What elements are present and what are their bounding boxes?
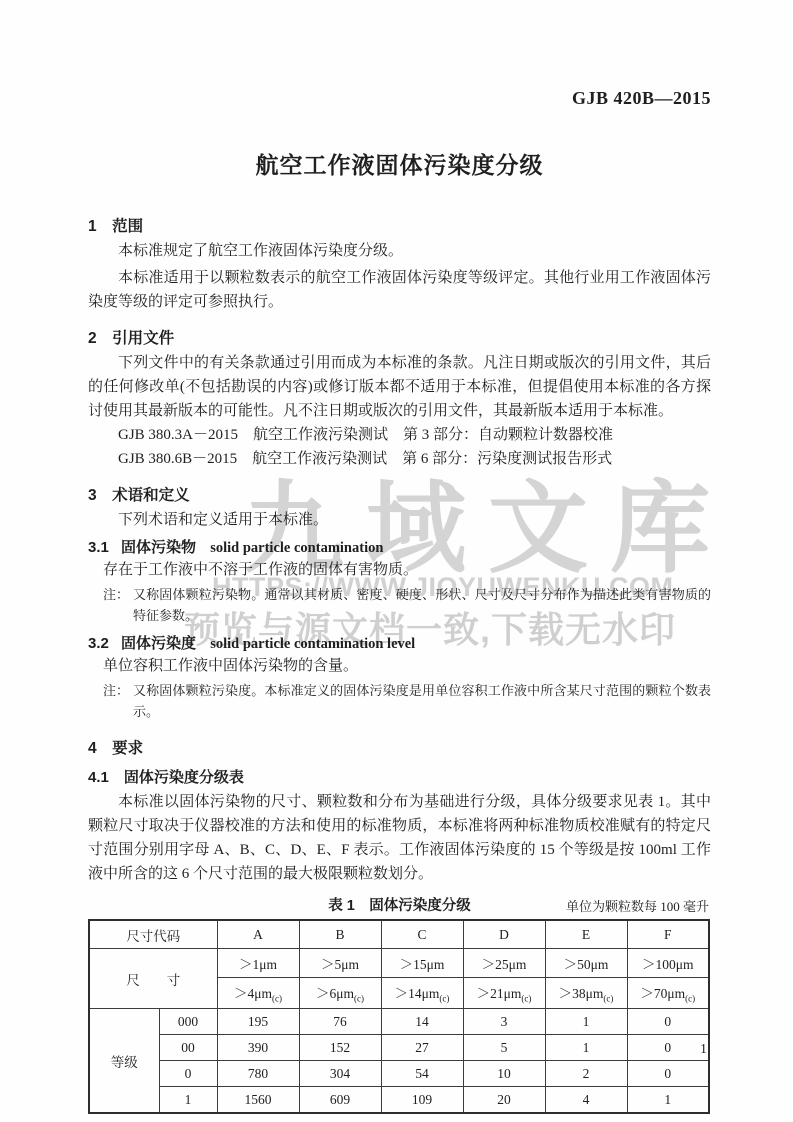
size-cell: ＞25μm xyxy=(463,949,545,978)
value-cell: 0 xyxy=(627,1009,709,1035)
term-3-2-en: solid particle contamination level xyxy=(210,636,415,652)
size-cell: ＞21μm(c) xyxy=(463,978,545,1009)
size-cell: ＞14μm(c) xyxy=(381,978,463,1009)
size-subscript: (c) xyxy=(521,994,531,1004)
size-code-header-cell: 尺寸代码 xyxy=(89,920,217,949)
size-cell: ＞5μm xyxy=(299,949,381,978)
column-letter-cell: A xyxy=(217,920,299,949)
section-2-heading: 2 引用文件 xyxy=(88,326,711,348)
document-title: 航空工作液固体污染度分级 xyxy=(88,147,711,180)
value-cell: 10 xyxy=(463,1061,545,1087)
term-3-2-heading: 3.2 固体污染度 solid particle contamination l… xyxy=(88,632,711,653)
section-4-1-paragraph: 本标准以固体污染物的尺寸、颗粒数和分布为基础进行分级，具体分级要求见表 1。其中… xyxy=(88,790,711,886)
value-cell: 109 xyxy=(381,1087,463,1114)
note-text: 又称固体颗粒污染物。通常以其材质、密度、硬度、形状、尺寸及尺寸分布作为描述此类有… xyxy=(133,584,711,626)
term-3-2-note: 注： 又称固体颗粒污染度。本标准定义的固体污染度是用单位容积工作液中所含某尺寸范… xyxy=(88,680,711,722)
value-cell: 1560 xyxy=(217,1087,299,1114)
column-letter-cell: F xyxy=(627,920,709,949)
grade-label-cell: 等级 xyxy=(89,1009,159,1114)
section-3-heading: 3 术语和定义 xyxy=(88,483,711,505)
table-unit-note: 单位为颗粒数每 100 毫升 xyxy=(566,896,709,915)
reference-item-2: GJB 380.6B－2015 航空工作液污染测试 第 6 部分：污染度测试报告… xyxy=(88,447,711,471)
term-3-2-definition: 单位容积工作液中固体污染物的含量。 xyxy=(88,655,711,678)
term-3-1-heading: 3.1 固体污染物 solid particle contamination xyxy=(88,536,711,557)
value-cell: 0 xyxy=(627,1035,709,1061)
term-3-1-definition: 存在于工作液中不溶于工作液的固体有害物质。 xyxy=(88,559,711,582)
note-label: 注： xyxy=(103,584,133,626)
section-4-1-heading: 4.1 固体污染度分级表 xyxy=(88,766,711,787)
value-cell: 20 xyxy=(463,1087,545,1114)
value-cell: 54 xyxy=(381,1061,463,1087)
size-label-cell: 尺 寸 xyxy=(89,949,217,1009)
value-cell: 1 xyxy=(627,1087,709,1114)
value-cell: 27 xyxy=(381,1035,463,1061)
term-3-1-note: 注： 又称固体颗粒污染物。通常以其材质、密度、硬度、形状、尺寸及尺寸分布作为描述… xyxy=(88,584,711,626)
grade-code-cell: 000 xyxy=(159,1009,217,1035)
term-3-1-zh: 固体污染物 xyxy=(121,539,196,556)
size-cell: ＞6μm(c) xyxy=(299,978,381,1009)
grade-code-cell: 0 xyxy=(159,1061,217,1087)
size-cell: ＞4μm(c) xyxy=(217,978,299,1009)
size-cell: ＞100μm xyxy=(627,949,709,978)
note-label: 注： xyxy=(103,680,133,722)
grade-code-cell: 1 xyxy=(159,1087,217,1114)
size-cell: ＞15μm xyxy=(381,949,463,978)
value-cell: 4 xyxy=(545,1087,627,1114)
size-subscript: (c) xyxy=(272,994,282,1004)
grade-row-00: 00 390 152 27 5 1 0 xyxy=(89,1035,709,1061)
value-cell: 390 xyxy=(217,1035,299,1061)
document-page: 九域文库 HTTPS://WWW.JIOYUWENKU.COM 预览与源文档一致… xyxy=(0,0,793,1122)
grade-row-0: 0 780 304 54 10 2 0 xyxy=(89,1061,709,1087)
table-header-row: 尺寸代码 A B C D E F xyxy=(89,920,709,949)
value-cell: 195 xyxy=(217,1009,299,1035)
contamination-grade-table: 尺寸代码 A B C D E F 尺 寸 ＞1μm ＞5μm ＞15μm ＞25… xyxy=(88,919,710,1114)
table-caption-row: 表 1 固体污染度分级 单位为颗粒数每 100 毫升 xyxy=(88,894,711,916)
column-letter-cell: E xyxy=(545,920,627,949)
size-subscript: (c) xyxy=(439,994,449,1004)
grade-row-1: 1 1560 609 109 20 4 1 xyxy=(89,1087,709,1114)
value-cell: 1 xyxy=(545,1035,627,1061)
value-cell: 14 xyxy=(381,1009,463,1035)
value-cell: 0 xyxy=(627,1061,709,1087)
size-cell: ＞1μm xyxy=(217,949,299,978)
column-letter-cell: C xyxy=(381,920,463,949)
size-subscript: (c) xyxy=(603,994,613,1004)
term-3-1-number: 3.1 xyxy=(88,539,109,556)
section-1-paragraph-2: 本标准适用于以颗粒数表示的航空工作液固体污染度等级评定。其他行业用工作液固体污染… xyxy=(88,266,711,314)
page-number: 1 xyxy=(700,1042,707,1058)
value-cell: 2 xyxy=(545,1061,627,1087)
section-4-heading: 4 要求 xyxy=(88,736,711,758)
term-3-2-number: 3.2 xyxy=(88,635,109,652)
section-1-heading: 1 范围 xyxy=(88,214,711,236)
reference-item-1: GJB 380.3A－2015 航空工作液污染测试 第 3 部分：自动颗粒计数器… xyxy=(88,423,711,447)
size-cell: ＞50μm xyxy=(545,949,627,978)
size-cell: ＞38μm(c) xyxy=(545,978,627,1009)
value-cell: 76 xyxy=(299,1009,381,1035)
grade-code-cell: 00 xyxy=(159,1035,217,1061)
section-3-intro: 下列术语和定义适用于本标准。 xyxy=(88,508,711,532)
value-cell: 3 xyxy=(463,1009,545,1035)
size-row-1: 尺 寸 ＞1μm ＞5μm ＞15μm ＞25μm ＞50μm ＞100μm xyxy=(89,949,709,978)
note-text: 又称固体颗粒污染度。本标准定义的固体污染度是用单位容积工作液中所含某尺寸范围的颗… xyxy=(133,680,711,722)
value-cell: 780 xyxy=(217,1061,299,1087)
size-subscript: (c) xyxy=(685,994,695,1004)
column-letter-cell: D xyxy=(463,920,545,949)
standard-number: GJB 420B—2015 xyxy=(88,88,711,109)
value-cell: 152 xyxy=(299,1035,381,1061)
grade-row-000: 等级 000 195 76 14 3 1 0 xyxy=(89,1009,709,1035)
term-3-1-en: solid particle contamination xyxy=(210,540,383,556)
size-cell: ＞70μm(c) xyxy=(627,978,709,1009)
section-1-paragraph-1: 本标准规定了航空工作液固体污染度分级。 xyxy=(88,239,711,263)
document-content: GJB 420B—2015 航空工作液固体污染度分级 1 范围 本标准规定了航空… xyxy=(0,0,793,1114)
value-cell: 304 xyxy=(299,1061,381,1087)
column-letter-cell: B xyxy=(299,920,381,949)
value-cell: 5 xyxy=(463,1035,545,1061)
value-cell: 1 xyxy=(545,1009,627,1035)
value-cell: 609 xyxy=(299,1087,381,1114)
size-subscript: (c) xyxy=(354,994,364,1004)
section-2-paragraph-1: 下列文件中的有关条款通过引用而成为本标准的条款。凡注日期或版次的引用文件，其后的… xyxy=(88,351,711,423)
term-3-2-zh: 固体污染度 xyxy=(121,635,196,652)
